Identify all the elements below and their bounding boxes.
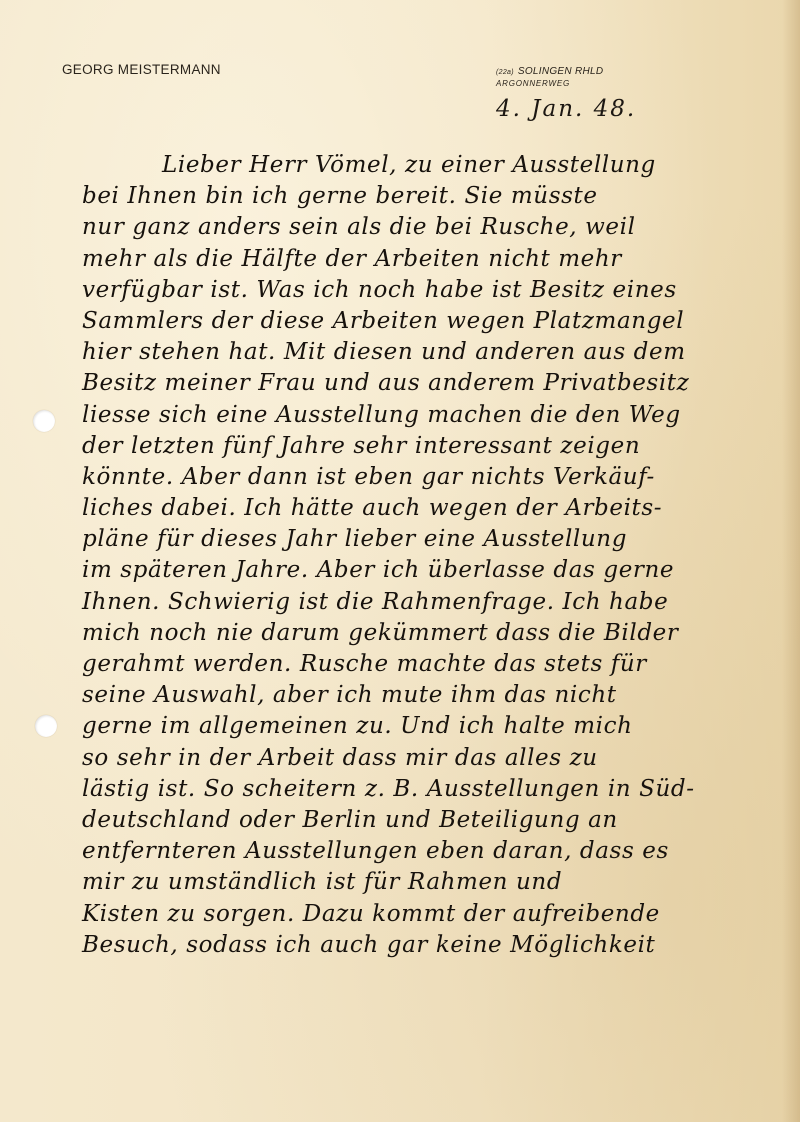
body-line: mehr als die Hälfte der Arbeiten nicht m… bbox=[82, 244, 800, 275]
letter-date: 4. Jan. 48. bbox=[496, 96, 636, 122]
body-line: mich noch nie darum gekümmert dass die B… bbox=[82, 618, 800, 649]
city: SOLINGEN RHLD bbox=[518, 66, 604, 77]
postal-code: (22a) bbox=[496, 69, 514, 76]
body-line: Besitz meiner Frau und aus anderem Priva… bbox=[82, 368, 800, 399]
punch-hole-upper bbox=[33, 410, 55, 432]
body-line: bei Ihnen bin ich gerne bereit. Sie müss… bbox=[82, 181, 800, 212]
body-line: verfügbar ist. Was ich noch habe ist Bes… bbox=[82, 275, 800, 306]
body-line: Besuch, sodass ich auch gar keine Möglic… bbox=[82, 930, 800, 961]
letter-page: GEORG MEISTERMANN (22a)SOLINGEN RHLD ARG… bbox=[0, 0, 800, 1122]
letter-body: Lieber Herr Vömel, zu einer Ausstellung … bbox=[82, 150, 800, 961]
body-line: Sammlers der diese Arbeiten wegen Platzm… bbox=[82, 306, 800, 337]
body-line: entfernteren Ausstellungen eben daran, d… bbox=[82, 836, 800, 867]
address-city-line: (22a)SOLINGEN RHLD bbox=[496, 66, 603, 77]
body-line: liesse sich eine Ausstellung machen die … bbox=[82, 400, 800, 431]
letterhead-name: GEORG MEISTERMANN bbox=[62, 62, 221, 77]
body-line: gerne im allgemeinen zu. Und ich halte m… bbox=[82, 711, 800, 742]
body-line: Lieber Herr Vömel, zu einer Ausstellung bbox=[82, 150, 800, 181]
body-line: im späteren Jahre. Aber ich überlasse da… bbox=[82, 555, 800, 586]
body-line: so sehr in der Arbeit dass mir das alles… bbox=[82, 743, 800, 774]
body-line: Ihnen. Schwierig ist die Rahmenfrage. Ic… bbox=[82, 587, 800, 618]
body-line: könnte. Aber dann ist eben gar nichts Ve… bbox=[82, 462, 800, 493]
body-line: deutschland oder Berlin und Beteiligung … bbox=[82, 805, 800, 836]
body-line: nur ganz anders sein als die bei Rusche,… bbox=[82, 212, 800, 243]
body-line: hier stehen hat. Mit diesen und anderen … bbox=[82, 337, 800, 368]
body-line: gerahmt werden. Rusche machte das stets … bbox=[82, 649, 800, 680]
letterhead-address: (22a)SOLINGEN RHLD ARGONNERWEG bbox=[496, 66, 603, 88]
body-line: seine Auswahl, aber ich mute ihm das nic… bbox=[82, 680, 800, 711]
body-line: der letzten fünf Jahre sehr interessant … bbox=[82, 431, 800, 462]
punch-hole-lower bbox=[35, 715, 57, 737]
body-line: lästig ist. So scheitern z. B. Ausstellu… bbox=[82, 774, 800, 805]
body-line: Kisten zu sorgen. Dazu kommt der aufreib… bbox=[82, 899, 800, 930]
body-line: mir zu umständlich ist für Rahmen und bbox=[82, 867, 800, 898]
body-line: pläne für dieses Jahr lieber eine Ausste… bbox=[82, 524, 800, 555]
body-line: liches dabei. Ich hätte auch wegen der A… bbox=[82, 493, 800, 524]
street: ARGONNERWEG bbox=[496, 79, 603, 88]
